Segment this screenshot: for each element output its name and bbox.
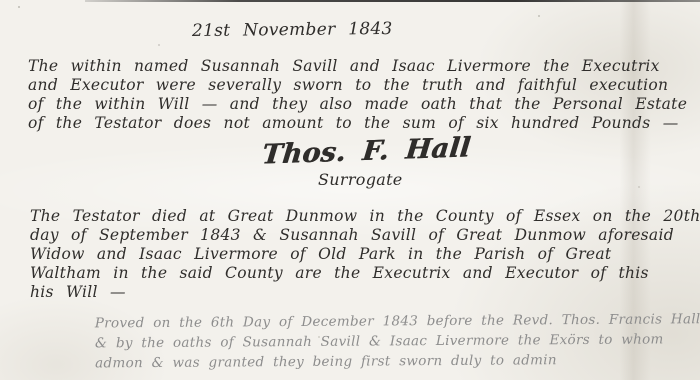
probate-note-paragraph: Proved on the 6th Day of December 1843 b… [95, 309, 700, 374]
death-note-paragraph: The Testator died at Great Dunmow in the… [30, 207, 700, 302]
death-note-line: Widow and Isaac Livermore of Old Park in… [30, 245, 700, 264]
surrogate-signature: Thos. F. Hall [260, 132, 472, 170]
death-note-line: Waltham in the said County are the Execu… [30, 264, 700, 283]
probate-note-line: & by the oaths of Susannah Savill & Isaa… [95, 329, 700, 354]
death-note-line: The Testator died at Great Dunmow in the… [30, 207, 700, 226]
paper-specks [18, 6, 20, 8]
attestation-paragraph: The within named Susannah Savill and Isa… [28, 57, 687, 133]
attestation-line: of the Testator does not amount to the s… [28, 114, 687, 133]
scan-edge-line [85, 0, 700, 2]
scanned-document-page: 21st November 1843 The within named Susa… [0, 0, 700, 380]
attestation-line: of the within Will — and they also made … [28, 95, 687, 114]
attestation-line: The within named Susannah Savill and Isa… [28, 57, 687, 76]
death-note-line: day of September 1843 & Susannah Savill … [30, 226, 700, 245]
death-note-line: his Will — [30, 283, 700, 302]
attestation-line: and Executor were severally sworn to the… [28, 76, 687, 95]
signature-title: Surrogate [318, 170, 403, 189]
probate-note-line: admon & was granted they being first swo… [95, 349, 700, 374]
heading-date: 21st November 1843 [192, 19, 393, 41]
